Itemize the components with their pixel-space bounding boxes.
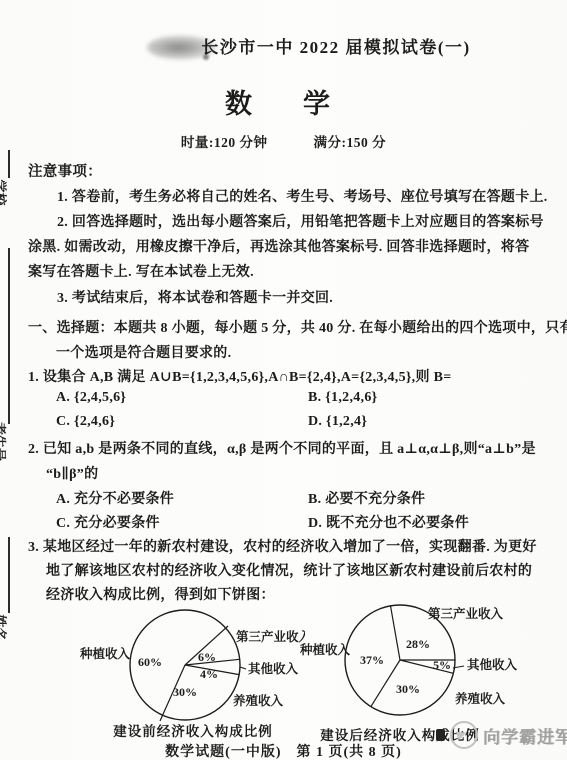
question-2-option-b: B. 必要不充分条件 — [308, 488, 425, 508]
seal-label-candidate-number: 考生号 — [0, 422, 10, 461]
pie-after-boundary-1 — [391, 606, 401, 660]
question-2-option-c: C. 充分必要条件 — [56, 512, 160, 532]
seal-line-top — [8, 150, 10, 178]
question-1-option-b: B. {1,2,4,6} — [308, 390, 377, 406]
pie-after-label-other: 其他收入 — [467, 657, 518, 672]
question-2-option-d: D. 既不充分也不必要条件 — [308, 512, 469, 532]
pie-after-value-breeding: 30% — [396, 682, 420, 696]
seal-label-school: 学校 — [0, 179, 11, 205]
pie-chart-before: 60% 6% 4% 30% 种植收入 第三产业收入 其他收入 养殖收入 建设前经… — [55, 600, 305, 745]
notice-item-3: 3. 考试结束后，将本试卷和答题卡一并交回. — [57, 287, 333, 307]
pie-before-leader-other — [240, 667, 246, 669]
seal-label-name: 姓名 — [0, 614, 11, 640]
notice-heading: 注意事项： — [28, 160, 102, 181]
pie-before-label-tertiary: 第三产业收入 — [236, 629, 305, 644]
notice-item-2-line-3: 案写在答题卡上. 写在本试卷上无效. — [28, 261, 254, 281]
section-1-heading-line-1: 一、选择题：本题共 8 小题，每小题 5 分，共 40 分. 在每小题给出的四个… — [28, 317, 567, 337]
pie-after-value-tertiary: 28% — [406, 637, 430, 651]
notice-item-2-line-2: 涂黑. 如需改动，用橡皮擦干净后，再选涂其他答案标号. 回答非选择题时，将答 — [28, 236, 529, 256]
pie-before-label-planting: 种植收入 — [79, 646, 131, 661]
pie-after-value-planting: 37% — [360, 653, 384, 667]
pie-before-value-tertiary: 6% — [198, 650, 216, 664]
subject-title: 数 学 — [0, 82, 567, 121]
question-1-option-c: C. {2,4,6} — [56, 414, 115, 430]
pie-before-value-breeding: 30% — [173, 685, 197, 699]
question-2-stem-line-2: “b∥β”的 — [46, 463, 98, 483]
watermark-square-icon — [436, 729, 445, 741]
seal-line-middle — [8, 248, 10, 424]
footer-page-info: 数学试题(一中版) 第 1 页(共 8 页) — [0, 741, 567, 760]
pie-before-value-other: 4% — [200, 667, 218, 681]
notice-item-2-line-1: 2. 回答选择题时，选出每小题答案后，用铅笔把答题卡上对应题目的答案标号 — [57, 211, 544, 231]
pie-after-label-breeding: 养殖收入 — [455, 691, 506, 706]
pie-before-label-breeding: 养殖收入 — [233, 693, 284, 708]
pie-before-caption: 建设前经济收入构成比例 — [113, 723, 273, 739]
notice-item-1: 1. 答卷前，考生务必将自己的姓名、考生号、考场号、座位号填写在答题卡上. — [28, 186, 548, 206]
pie-after-label-planting: 种植收入 — [300, 642, 350, 657]
question-1-stem: 1. 设集合 A,B 满足 A∪B={1,2,3,4,5,6},A∩B={2,4… — [28, 366, 452, 386]
time-score-row: 时量:120 分钟 满分:150 分 — [0, 131, 567, 151]
question-1-option-a: A. {2,4,5,6} — [56, 390, 126, 406]
time-limit-label: 时量:120 分钟 — [181, 131, 268, 151]
question-3-stem-line-2: 地了解该地区农村的经济收入变化情况，统计了该地区新农村建设前后农村的 — [46, 560, 532, 580]
pie-after-label-tertiary: 第三产业收入 — [428, 606, 504, 621]
pie-before-label-other: 其他收入 — [248, 661, 299, 676]
section-1-heading-line-2: 一个选项是符合题目要求的. — [56, 342, 231, 362]
question-2-stem-line-1: 2. 已知 a,b 是两条不同的直线，α,β 是两个不同的平面，且 a⊥α,α⊥… — [28, 438, 536, 458]
pie-after-value-other: 5% — [433, 658, 451, 672]
question-1-option-d: D. {1,2,4} — [308, 414, 367, 430]
question-3-stem-line-1: 3. 某地区经过一年的新农村建设，农村的经济收入增加了一倍，实现翻番. 为更好 — [28, 536, 537, 556]
exam-paper-page: 学校 考生号 姓名 长沙市一中 2022 届模拟试卷(一) 数 学 时量:120… — [0, 0, 567, 760]
full-score-label: 满分:150 分 — [314, 131, 387, 151]
exam-title: 长沙市一中 2022 届模拟试卷(一) — [105, 33, 567, 58]
pie-before-value-planting: 60% — [138, 655, 162, 669]
seal-line-bottom — [8, 537, 10, 613]
question-2-option-a: A. 充分不必要条件 — [56, 488, 174, 508]
